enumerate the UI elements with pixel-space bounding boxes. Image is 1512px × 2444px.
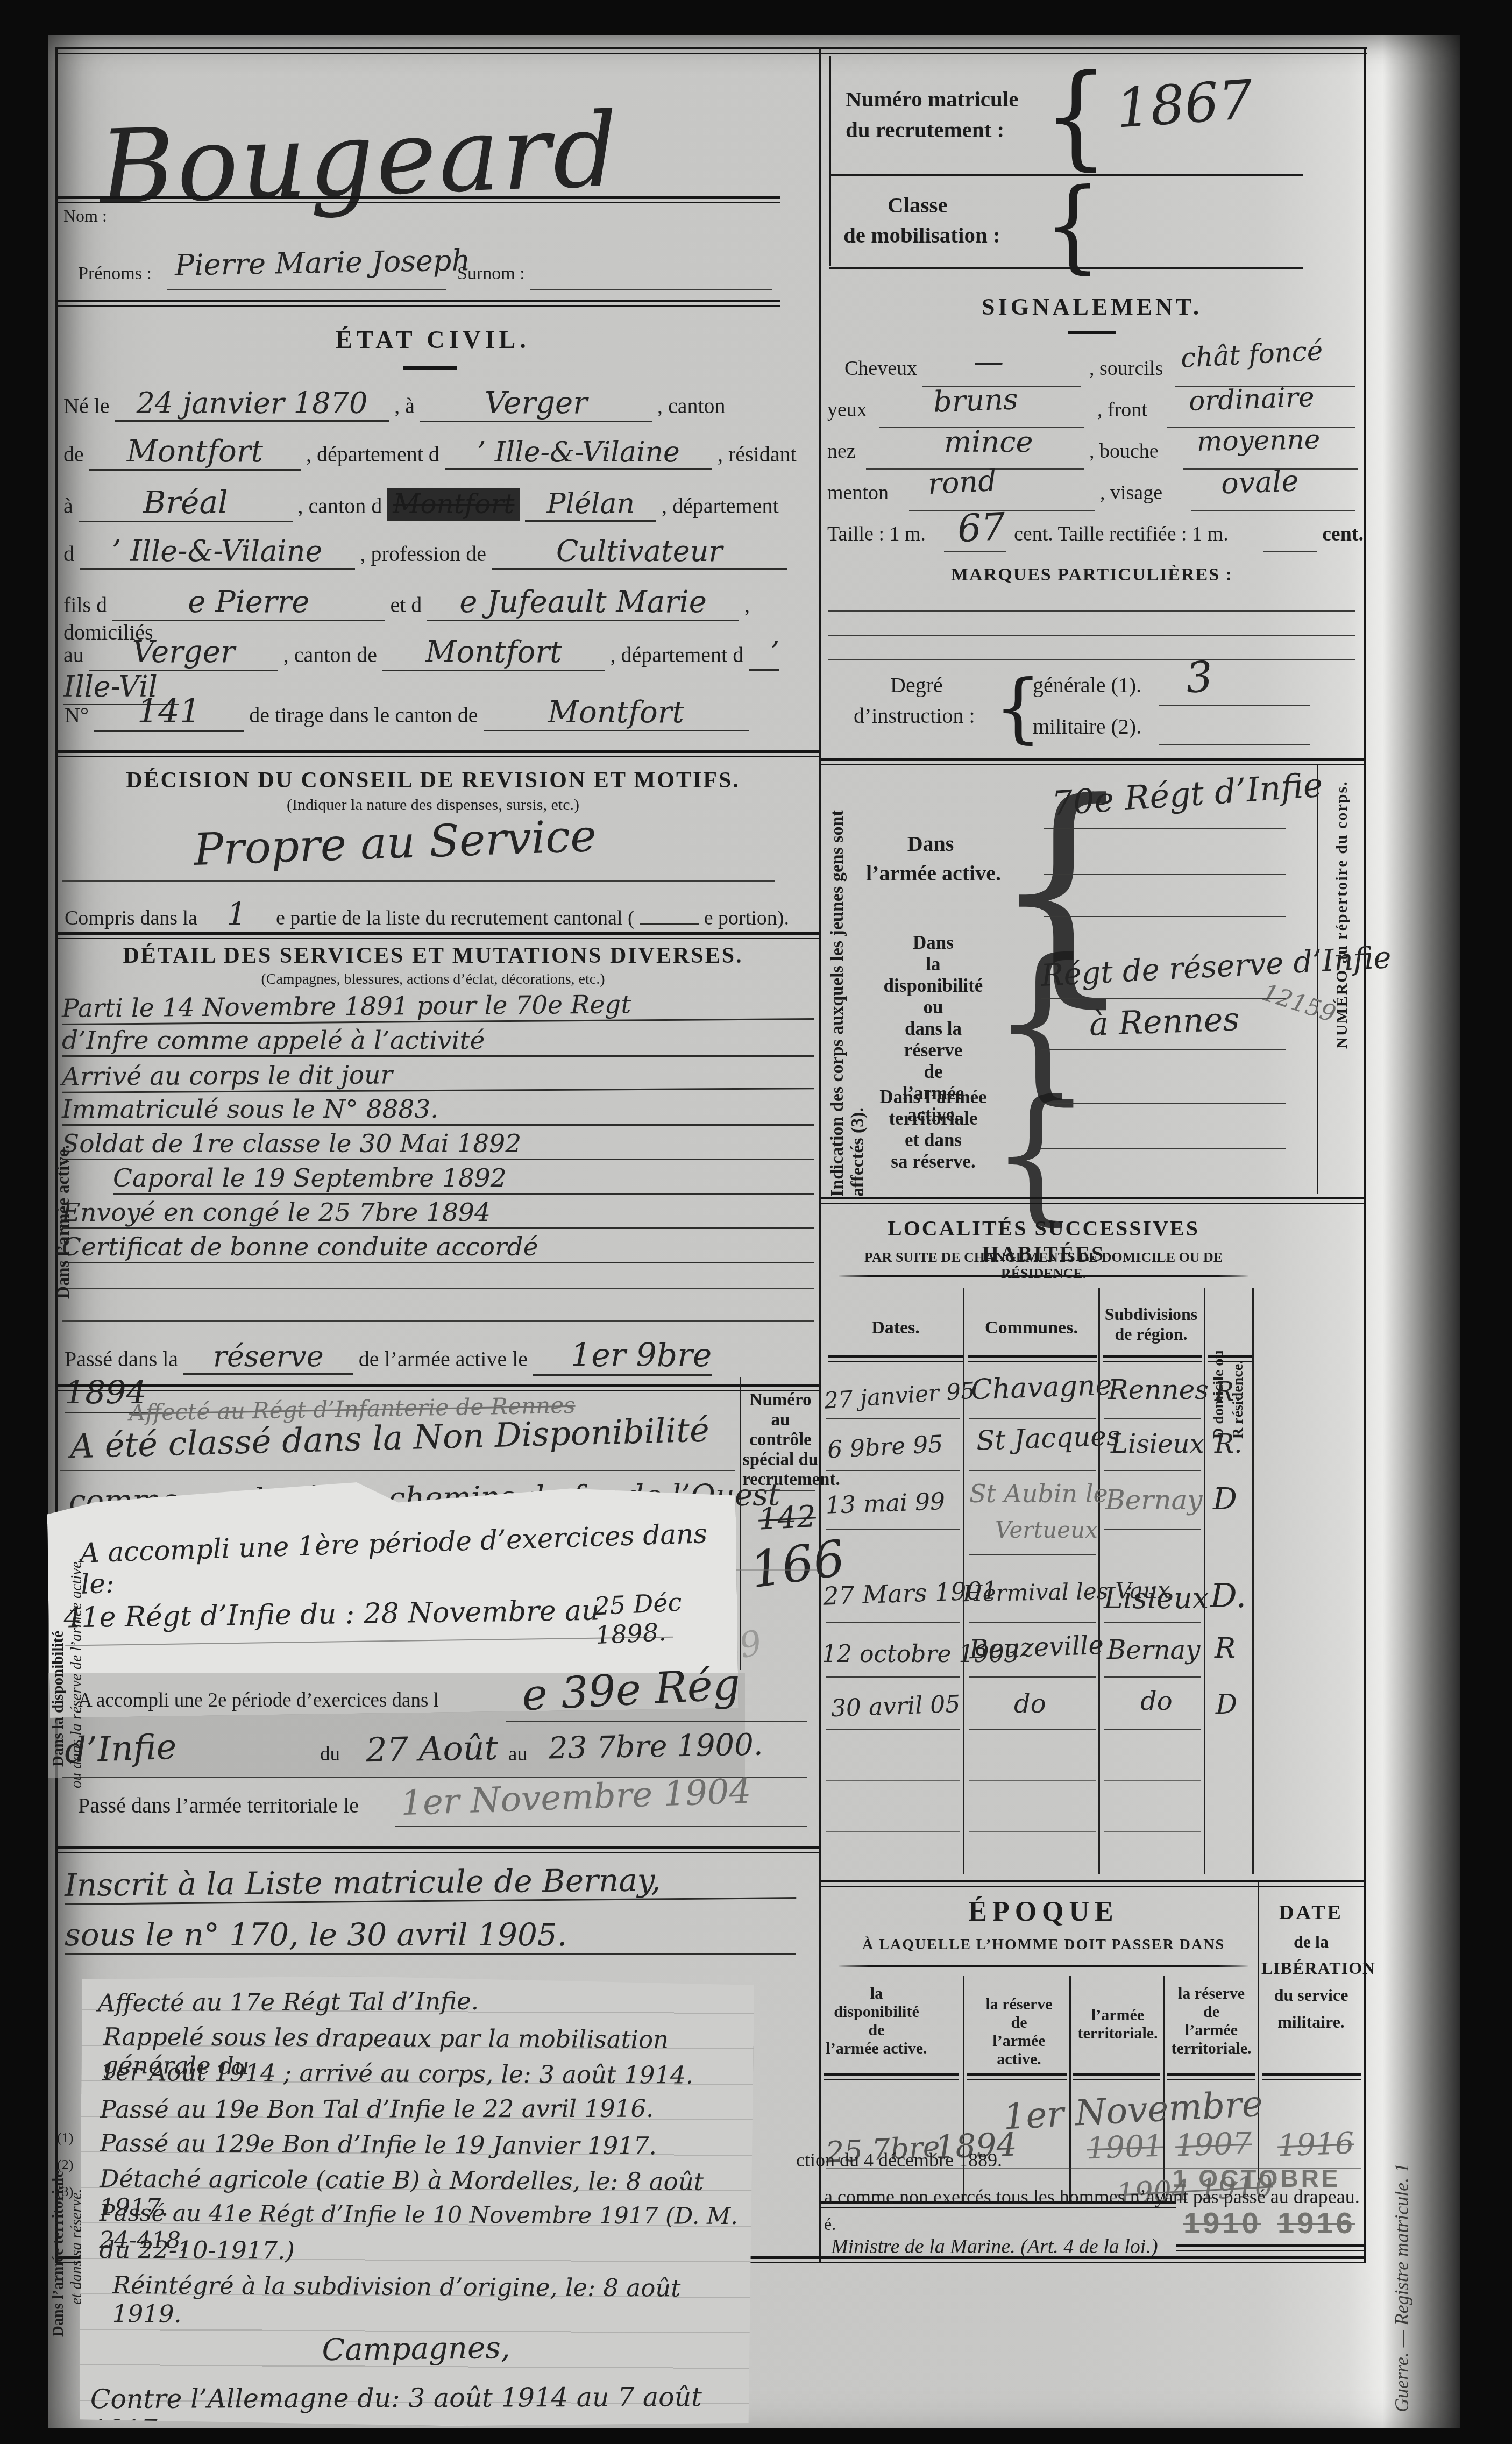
localite-dr: D <box>1213 1482 1237 1517</box>
mobilisation-line: Affecté au 17e Régt Tal d’Infie. <box>98 1987 479 2017</box>
ruled-line <box>1104 1418 1201 1419</box>
nom-label: Nom : <box>63 206 107 226</box>
printed-label: de l’armée active le <box>359 1347 528 1371</box>
corps-dispo-number: 12159 <box>1259 979 1339 1028</box>
printed-label: , à <box>394 394 415 418</box>
localite-commune: St Jacques <box>976 1420 1120 1456</box>
controle-label: Numéro au contrôle spécial du recrutemen… <box>742 1390 819 1490</box>
ruled-line <box>969 1622 1096 1623</box>
title-dash <box>1068 331 1116 334</box>
service-line: Soldat de 1re classe le 30 Mai 1892 <box>62 1129 814 1160</box>
label-line: l’armée active. <box>824 2040 929 2058</box>
departement-2: ’ Ille-&-Vilaine <box>80 534 355 570</box>
yeux-value: bruns <box>933 382 1019 418</box>
matricule-label-2: du recrutement : <box>846 117 1004 143</box>
label-line: LIBÉRATION <box>1261 1955 1361 1982</box>
cheveux-value: — <box>974 344 1004 379</box>
header-rule-2 <box>56 300 780 307</box>
box-rule <box>829 267 1303 269</box>
ruled-line <box>1041 1103 1286 1104</box>
corps-active-label-1: Dans <box>879 831 982 856</box>
epoque-col-2: la réserve de l’armée active. <box>969 1995 1069 2069</box>
section-rule <box>821 1880 1364 1887</box>
ruled-line <box>969 1831 1096 1832</box>
ruled-line <box>62 1288 814 1289</box>
section-rule <box>821 1197 1364 1204</box>
menton-label: menton <box>827 481 889 505</box>
label-line: l’armée active. <box>969 2032 1069 2069</box>
ruled-line <box>1044 874 1286 875</box>
footnote-fragment-4: Ministre de la Marine. (Art. 4 de la loi… <box>831 2235 1158 2258</box>
signalement-title: SIGNALEMENT. <box>820 293 1364 321</box>
label-line: et dans <box>879 1129 987 1151</box>
ruled-line <box>969 1554 1096 1555</box>
localite-commune: Chavagne <box>970 1369 1112 1406</box>
services-title: DÉTAIL DES SERVICES ET MUTATIONS DIVERSE… <box>48 943 818 969</box>
printed-label: , résidant <box>718 442 797 466</box>
pasted-sheet-mobilisation: Affecté au 17e Régt Tal d’Infie. Rappelé… <box>80 1975 754 2428</box>
localite-dr: R. <box>1215 1377 1242 1407</box>
domicile: Verger <box>89 635 278 671</box>
ruled-line <box>395 1826 807 1827</box>
controle-label-line: Numéro <box>742 1390 819 1410</box>
ruled-line <box>969 1470 1096 1471</box>
table-header-rule <box>828 1355 963 1362</box>
label-line: territoriale. <box>1168 2040 1254 2058</box>
ruled-line <box>1041 998 1286 999</box>
localite-subdiv: Bernay <box>1107 1635 1200 1665</box>
frame-top-rule <box>55 47 1367 54</box>
localite-date: 27 janvier 95 <box>824 1377 976 1413</box>
ruled-line <box>65 1637 673 1646</box>
stamp-1910: 1910 <box>1183 2205 1261 2240</box>
ruled-line <box>1104 1529 1201 1530</box>
printed-label: et d <box>390 593 422 617</box>
ruled-line <box>828 659 1355 660</box>
printed-label: , profession de <box>360 542 486 566</box>
epoque-col-3: l’armée territoriale. <box>1075 2006 1161 2043</box>
localite-dr: R. <box>1215 1429 1242 1459</box>
label-line: de région. <box>1100 1324 1202 1344</box>
territoriale-date: 1er Novembre 1904 <box>400 1772 752 1824</box>
section-rule <box>56 750 819 757</box>
printed-label: , département d <box>306 442 439 466</box>
ruled-line <box>1159 705 1310 706</box>
footnote-fragment-1: ction du 4 décembre 1889. <box>796 2149 1002 2171</box>
localites-col-dr-1: D domicile ou <box>1210 1288 1227 1439</box>
label-line: de <box>879 1061 987 1083</box>
front-label: , front <box>1097 398 1147 422</box>
decision-title: DÉCISION DU CONSEIL DE REVISION ET MOTIF… <box>48 768 818 793</box>
visage-label: , visage <box>1100 481 1162 505</box>
label-line: de <box>969 2014 1069 2032</box>
corps-active-label-2: l’armée active. <box>866 861 1001 886</box>
label-line: l’armée <box>1075 2006 1161 2024</box>
localite-subdiv: Rennes <box>1108 1374 1209 1405</box>
bouche-value: moyenne <box>1197 424 1321 457</box>
epoque-bottom-rule <box>1176 2244 1364 2251</box>
birth-date: 24 janvier 1870 <box>115 386 389 422</box>
departement: ’ Ille-&-Vilaine <box>445 436 712 470</box>
numero-label: N° <box>65 703 89 727</box>
ruled-line <box>1159 744 1310 745</box>
localite-date: 6 9bre 95 <box>827 1430 944 1463</box>
brace-glyph: { <box>1044 51 1109 181</box>
title-dash <box>403 366 457 370</box>
margin-guerre-label: Guerre. — Registre matricule. 1 <box>1390 1794 1413 2412</box>
residence: Bréal <box>79 484 293 522</box>
tirage-number: 141 <box>94 691 244 732</box>
localite-date: 30 avril 05 <box>830 1690 961 1722</box>
frame-right-rule <box>1364 47 1366 2262</box>
localite-subdiv: Lisieux <box>1111 1429 1204 1459</box>
printed-label: fils d <box>63 593 107 617</box>
service-line: Caporal le 19 Septembre 1892 <box>113 1163 814 1195</box>
margin-label-territoriale-2: et dans sa réserve. <box>68 2025 86 2305</box>
margin-label-disponibilite-2: ou dans la réserve de l’armée active. <box>68 1380 86 1788</box>
corps-dispo-value-2: à Rennes <box>1089 1000 1240 1043</box>
ruled-line <box>1104 1831 1201 1832</box>
bernay-line-1: Inscrit à la Liste matricule de Bernay, <box>65 1860 797 1905</box>
printed-label: , canton d <box>298 494 382 518</box>
menton-value: rond <box>927 464 997 501</box>
instruction-label-1: Degré <box>890 672 943 698</box>
services-subtitle: (Campagnes, blessures, actions d’éclat, … <box>48 971 818 988</box>
table-header-rule <box>1208 1355 1252 1362</box>
marques-label: MARQUES PARTICULIÈRES : <box>820 565 1364 585</box>
domicile-canton: Montfort <box>382 635 605 671</box>
ruled-line <box>969 1676 1096 1678</box>
ruled-line <box>826 1529 960 1530</box>
controle-number-old: 142 <box>757 1499 817 1537</box>
printed-label: e portion). <box>704 907 789 929</box>
epoque-hand-1907: 1907 <box>1175 2126 1253 2164</box>
tirage-line: N° 141 de tirage dans le canton de Montf… <box>65 691 815 730</box>
footnote-fragment-3: é. <box>824 2214 836 2234</box>
footnote-fragment-2: a comme non exercés tous les hommes n’ay… <box>824 2185 1360 2208</box>
label-line: de <box>1168 2003 1254 2021</box>
canton: Montfort <box>89 434 301 471</box>
mobilisation-line: du 22-10-1917.) <box>99 2235 295 2265</box>
ruled-line <box>826 1418 960 1419</box>
mobilisation-line: 1er Août 1914 ; arrivé au corps, le: 3 a… <box>100 2058 693 2090</box>
cent-label: cent. <box>1322 522 1364 546</box>
table-col-line <box>1258 1882 1259 2201</box>
localites-col-subdiv: Subdivisions de région. <box>1100 1304 1202 1344</box>
tirage-canton: Montfort <box>484 695 749 731</box>
prenoms-label: Prénoms : <box>78 264 152 284</box>
epoque-subtitle: À LAQUELLE L’HOMME DOIT PASSER DANS <box>828 1936 1259 1953</box>
bernay-line-2: sous le n° 170, le 30 avril 1905. <box>65 1916 796 1955</box>
periode2-printed: A accompli une 2e période d’exercices da… <box>78 1689 439 1712</box>
nez-value: mince <box>944 425 1033 459</box>
ruled-line <box>944 551 1006 552</box>
sourcils-label: , sourcils <box>1089 357 1163 380</box>
localites-col-dr-2: R résidence. <box>1230 1288 1247 1439</box>
label-line: la disponibilité <box>879 954 987 997</box>
ruled-line <box>969 1418 1096 1419</box>
printed-label: e partie de la liste du recrutement cant… <box>276 907 635 929</box>
visage-value: ovale <box>1220 464 1300 500</box>
ruled-line <box>1104 1470 1201 1471</box>
printed-label: d <box>63 542 74 566</box>
controle-label-line: au contrôle <box>742 1410 819 1450</box>
label-line: de <box>824 2021 929 2040</box>
cheveux-label: Cheveux <box>844 357 917 380</box>
label-line: ou <box>879 997 987 1018</box>
mobilisation-line: Réintégré à la subdivision d’origine, le… <box>112 2271 753 2331</box>
header-rule-1 <box>56 196 780 203</box>
territoriale-printed: Passé dans l’armée territoriale le <box>78 1793 359 1818</box>
label-line: la réserve <box>969 1995 1069 2014</box>
front-value: ordinaire <box>1188 381 1315 417</box>
ruled-line <box>826 1780 960 1781</box>
table-header-rule <box>1167 2073 1255 2080</box>
margin-label-disponibilite-1: Dans la disponibilité <box>49 1401 67 1767</box>
etat-civil-line-4: d ’ Ille-&-Vilaine , profession de Culti… <box>63 534 814 568</box>
section-rule <box>56 932 819 939</box>
profession: Cultivateur <box>492 534 787 570</box>
flourish-rule <box>834 1275 1253 1277</box>
table-col-line <box>1252 1288 1254 1874</box>
brace-glyph: { <box>1044 167 1102 284</box>
printed-label: à <box>63 494 73 518</box>
matricule-label-1: Numéro matricule <box>846 86 1018 112</box>
ruled-line <box>62 1320 814 1322</box>
printed-label: , canton <box>657 394 726 418</box>
controle-label-line: spécial du <box>742 1450 819 1470</box>
etat-civil-line-3: à Bréal , canton d Montfort Plélan , dép… <box>63 484 814 521</box>
label-line: militaire. <box>1261 2009 1361 2036</box>
table-header-rule <box>1262 2073 1361 2080</box>
printed-du: du <box>320 1743 340 1766</box>
ruled-line <box>828 635 1355 636</box>
mobilisation-line: Passé au 129e Bon d’Infie le 19 Janvier … <box>100 2129 657 2160</box>
ruled-line <box>530 289 772 290</box>
nom-value: Bougeard <box>97 90 622 228</box>
epoque-hand-1901: 1901 <box>1086 2129 1164 2166</box>
printed-label: de <box>63 442 84 466</box>
localites-col-communes: Communes. <box>963 1318 1100 1338</box>
localite-subdiv: Lisieux <box>1104 1581 1209 1615</box>
label-line: l’armée <box>1168 2021 1254 2040</box>
ruled-line <box>1104 1729 1201 1730</box>
decision-value: Propre au Service <box>193 811 598 876</box>
ruled-line <box>1104 1622 1201 1623</box>
blank-field <box>640 923 699 925</box>
ruled-line <box>167 289 446 290</box>
localite-date: 13 mai 99 <box>825 1488 946 1519</box>
printed-label: de tirage dans le canton de <box>249 703 478 727</box>
yeux-label: yeux <box>827 398 867 422</box>
instruction-generale-value: 3 <box>1184 652 1215 702</box>
flourish-rule <box>834 1965 1253 1967</box>
label-line: dans la réserve <box>879 1018 987 1061</box>
margin-label-armee-active: Dans l’armée active. <box>54 1030 74 1299</box>
printed-au: au <box>508 1743 527 1766</box>
periode1-line-2: 41e Régt d’Infie du : 28 Novembre au <box>63 1595 600 1635</box>
controle-label-line: recrutement. <box>742 1470 819 1490</box>
printed-label: au <box>63 643 84 667</box>
ruled-line <box>1044 828 1286 829</box>
mobilisation-line: Passé au 19e Bon Tal d’Infie le 22 avril… <box>100 2094 654 2124</box>
ruled-line <box>826 1470 960 1471</box>
periode1-date-fin: 25 Déc 1898. <box>593 1585 739 1650</box>
liste-partie: 1 <box>202 896 271 934</box>
localite-commune: St Aubin le <box>969 1479 1108 1508</box>
mother-name: e Jufeault Marie <box>427 585 739 621</box>
prenoms-value: Pierre Marie Joseph <box>174 243 470 282</box>
table-header-rule <box>968 1355 1097 1362</box>
service-line: d’Infre comme appelé à l’activité <box>62 1026 814 1057</box>
classe-label-1: Classe <box>888 192 948 218</box>
ruled-line <box>826 1622 960 1623</box>
ruled-line <box>828 610 1355 612</box>
bouche-label: , bouche <box>1089 439 1159 463</box>
periode2-date-debut: 27 Août <box>365 1728 498 1770</box>
matricule-value: 1867 <box>1114 68 1255 140</box>
corps-side-label: Indication des corps auxquels les jeunes… <box>827 772 868 1197</box>
margin-label-territoriale-1: Dans l’armée territoriale <box>49 1993 67 2337</box>
label-line: sa réserve. <box>879 1151 987 1173</box>
table-header-rule <box>824 2073 959 2080</box>
table-header-rule <box>967 2073 1067 2080</box>
service-line: Envoyé en congé le 25 7bre 1894 <box>62 1198 814 1229</box>
ruled-line <box>1104 1676 1201 1678</box>
label-line: de la <box>1261 1929 1361 1956</box>
printed-label: , département d <box>610 643 743 667</box>
ruled-line <box>1104 1780 1201 1781</box>
printed-label: Né le <box>63 394 110 418</box>
service-line: Immatriculé sous le N° 8883. <box>62 1095 814 1126</box>
nez-label: nez <box>827 439 856 463</box>
instruction-generale-label: générale (1). <box>1033 672 1141 698</box>
campagnes-line: Contre l’Allemagne du: 3 août 1914 au 7 … <box>90 2382 752 2444</box>
periode1-line-1: A accompli une 1ère période d’exercices … <box>79 1517 737 1600</box>
ruled-line <box>826 1729 960 1730</box>
localite-commune: Beuzeville <box>969 1630 1104 1665</box>
sourcils-value: chât foncé <box>1180 335 1324 374</box>
printed-label: Passé dans la <box>65 1347 178 1371</box>
printed-label: , département <box>662 494 779 518</box>
ruled-line <box>826 1831 960 1832</box>
birth-place: Verger <box>420 386 652 422</box>
campagnes-title: Campagnes, <box>80 2327 753 2370</box>
localite-dr: D <box>1216 1689 1237 1720</box>
instruction-label-2: d’instruction : <box>854 703 975 728</box>
etat-civil-title: ÉTAT CIVIL. <box>48 325 818 354</box>
table-header-rule <box>1073 2073 1160 2080</box>
taille-rectifiee-label: cent. Taille rectifiée : 1 m. <box>1014 522 1229 546</box>
ruled-line <box>969 1729 1096 1730</box>
service-line: Arrivé au corps le dit jour <box>62 1058 814 1093</box>
corps-territoriale-label: Dans l’armée territoriale et dans sa rés… <box>879 1086 987 1173</box>
printed-label: , canton de <box>283 643 377 667</box>
service-line: Certificat de bonne conduite accordé <box>62 1232 814 1263</box>
localite-subdiv: do <box>1140 1686 1173 1716</box>
ruled-line <box>62 880 775 882</box>
printed-label: Compris dans la <box>65 907 197 929</box>
table-header-rule <box>1103 1355 1202 1362</box>
stamp-1916: 1916 <box>1277 2205 1355 2240</box>
periode2-date-fin: 23 7bre 1900. <box>548 1728 763 1766</box>
classe-label-2: de mobilisation : <box>843 222 1000 248</box>
column-divider <box>819 47 821 2262</box>
service-line: Parti le 14 Novembre 1891 pour le 70e Re… <box>62 989 814 1025</box>
localite-commune-2: Vertueux <box>995 1517 1098 1543</box>
canton-struck: Montfort <box>387 488 520 521</box>
ruled-line <box>506 1721 807 1722</box>
ruled-line <box>748 1490 815 1491</box>
ruled-line <box>60 1470 735 1471</box>
label-line: Dans l’armée <box>879 1086 987 1108</box>
localite-dr: D. <box>1210 1576 1246 1615</box>
localites-col-dates: Dates. <box>828 1318 963 1338</box>
ruled-line <box>1041 1049 1286 1050</box>
etat-civil-line-1: Né le 24 janvier 1870 , à Verger , canto… <box>63 386 814 421</box>
localite-subdiv: Bernay <box>1105 1484 1203 1516</box>
localite-commune: do <box>1014 1689 1046 1719</box>
father-name: e Pierre <box>112 585 385 621</box>
epoque-title: ÉPOQUE <box>828 1896 1259 1928</box>
label-line: la <box>824 1985 929 2003</box>
label-line: du service <box>1261 1982 1361 2009</box>
taille-label: Taille : 1 m. <box>827 522 926 546</box>
etat-civil-line-2: de Montfort , département d ’ Ille-&-Vil… <box>63 434 814 469</box>
decision-subtitle: (Indiquer la nature des dispenses, sursi… <box>48 796 818 814</box>
ruled-line <box>1263 551 1317 552</box>
label-line: Subdivisions <box>1100 1304 1202 1324</box>
epoque-col-date: DATE de la LIBÉRATION du service militai… <box>1261 1897 1361 2035</box>
label-line: DATE <box>1261 1897 1361 1929</box>
surnom-label: Surnom : <box>457 264 525 284</box>
reserve-word: réserve <box>183 1339 353 1375</box>
epoque-hand-1916: 1916 <box>1277 2126 1355 2164</box>
compris-line: Compris dans la 1 e partie de la liste d… <box>65 896 815 932</box>
epoque-col-1: la disponibilité de l’armée active. <box>824 1985 929 2058</box>
ruled-line <box>826 1676 960 1678</box>
ruled-line <box>1041 1148 1286 1149</box>
section-rule <box>56 1384 819 1391</box>
scanned-register-page: Nom : Bougeard Prénoms : Pierre Marie Jo… <box>48 35 1460 2428</box>
ruled-line <box>969 1780 1096 1781</box>
matricule-box-border <box>829 56 831 266</box>
label-line: la réserve <box>1168 1985 1254 2003</box>
ruled-line <box>1191 510 1355 511</box>
label-line: territoriale. <box>1075 2024 1161 2043</box>
brace-glyph: { <box>991 1069 1080 1239</box>
taille-value: 67 <box>956 505 1006 551</box>
localite-dr: R <box>1215 1632 1236 1665</box>
canton-2: Plélan <box>525 488 656 522</box>
label-line: Dans <box>879 932 987 954</box>
instruction-militaire-label: militaire (2). <box>1033 714 1141 739</box>
label-line: territoriale <box>879 1108 987 1129</box>
ruled-line <box>1044 916 1286 917</box>
label-line: disponibilité <box>824 2003 929 2021</box>
section-rule <box>56 1846 819 1853</box>
epoque-col-4: la réserve de l’armée territoriale. <box>1168 1985 1254 2058</box>
